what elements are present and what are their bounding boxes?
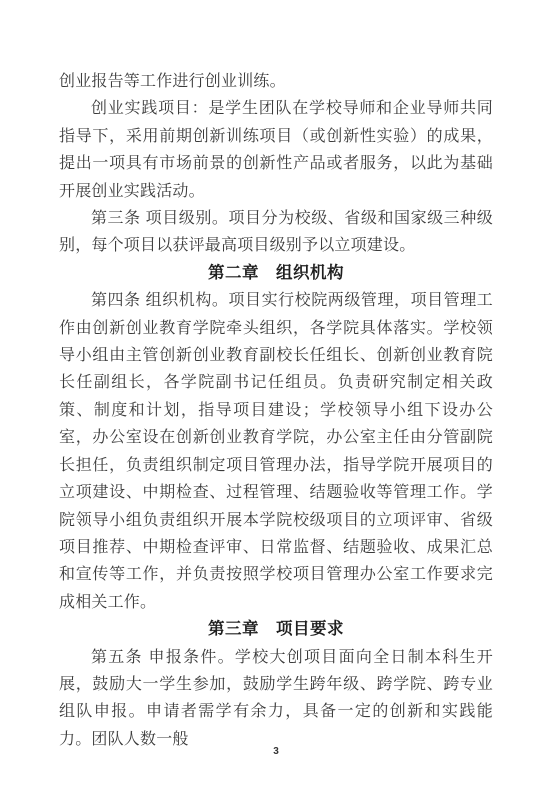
page-footer: 3 — [0, 741, 552, 759]
document-page: 创业报告等工作进行创业训练。 创业实践项目：是学生团队在学校导师和企业导师共同指… — [0, 0, 552, 785]
body-paragraph: 创业实践项目：是学生团队在学校导师和企业导师共同指导下，采用前期创新训练项目（或… — [59, 95, 493, 205]
body-paragraph: 创业报告等工作进行创业训练。 — [59, 68, 493, 95]
chapter-heading-3: 第三章 项目要求 — [59, 616, 493, 643]
document-body: 创业报告等工作进行创业训练。 创业实践项目：是学生团队在学校导师和企业导师共同指… — [59, 68, 493, 753]
chapter-heading-2: 第二章 组织机构 — [59, 260, 493, 287]
body-paragraph: 第四条 组织机构。项目实行校院两级管理，项目管理工作由创新创业教育学院牵头组织，… — [59, 287, 493, 616]
body-paragraph: 第三条 项目级别。项目分为校级、省级和国家级三种级别，每个项目以获评最高项目级别… — [59, 205, 493, 260]
page-number: 3 — [273, 746, 279, 757]
body-paragraph: 第五条 申报条件。学校大创项目面向全日制本科生开展，鼓励大一学生参加，鼓励学生跨… — [59, 644, 493, 754]
